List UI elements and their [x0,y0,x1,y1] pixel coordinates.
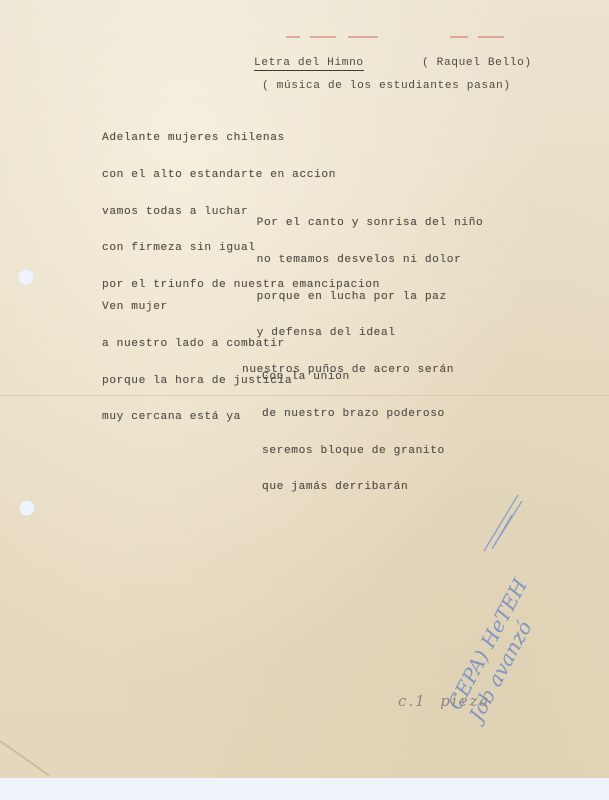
document-page: Letra del Himno ( Raquel Bello) ( música… [0,0,609,778]
verse-line: Adelante mujeres chilenas [102,132,380,144]
verse-line: que jamás derribarán [262,481,445,493]
pen-slash-marks [478,493,528,553]
stanza-4: Con la union de nuestro brazo poderoso s… [262,347,445,518]
author: ( Raquel Bello) [422,57,532,69]
punch-hole-top [18,269,34,285]
verse-line: Por el canto y sonrisa del niño [242,217,483,229]
red-stamp-remnants [280,36,530,40]
verse-line: Ven mujer [102,301,292,313]
verse-line: no temamos desvelos ni dolor [242,254,483,266]
punch-hole-bottom [19,500,35,516]
verse-line: seremos bloque de granito [262,445,445,457]
pencil-note: c.1 pieza [398,692,490,710]
verse-line: con el alto estandarte en accion [102,169,380,181]
corner-fold [0,740,50,776]
verse-line: Con la union [262,371,445,383]
verse-line: de nuestro brazo poderoso [262,408,445,420]
page-title: Letra del Himno [254,57,364,71]
music-note: ( música de los estudiantes pasan) [262,80,511,92]
